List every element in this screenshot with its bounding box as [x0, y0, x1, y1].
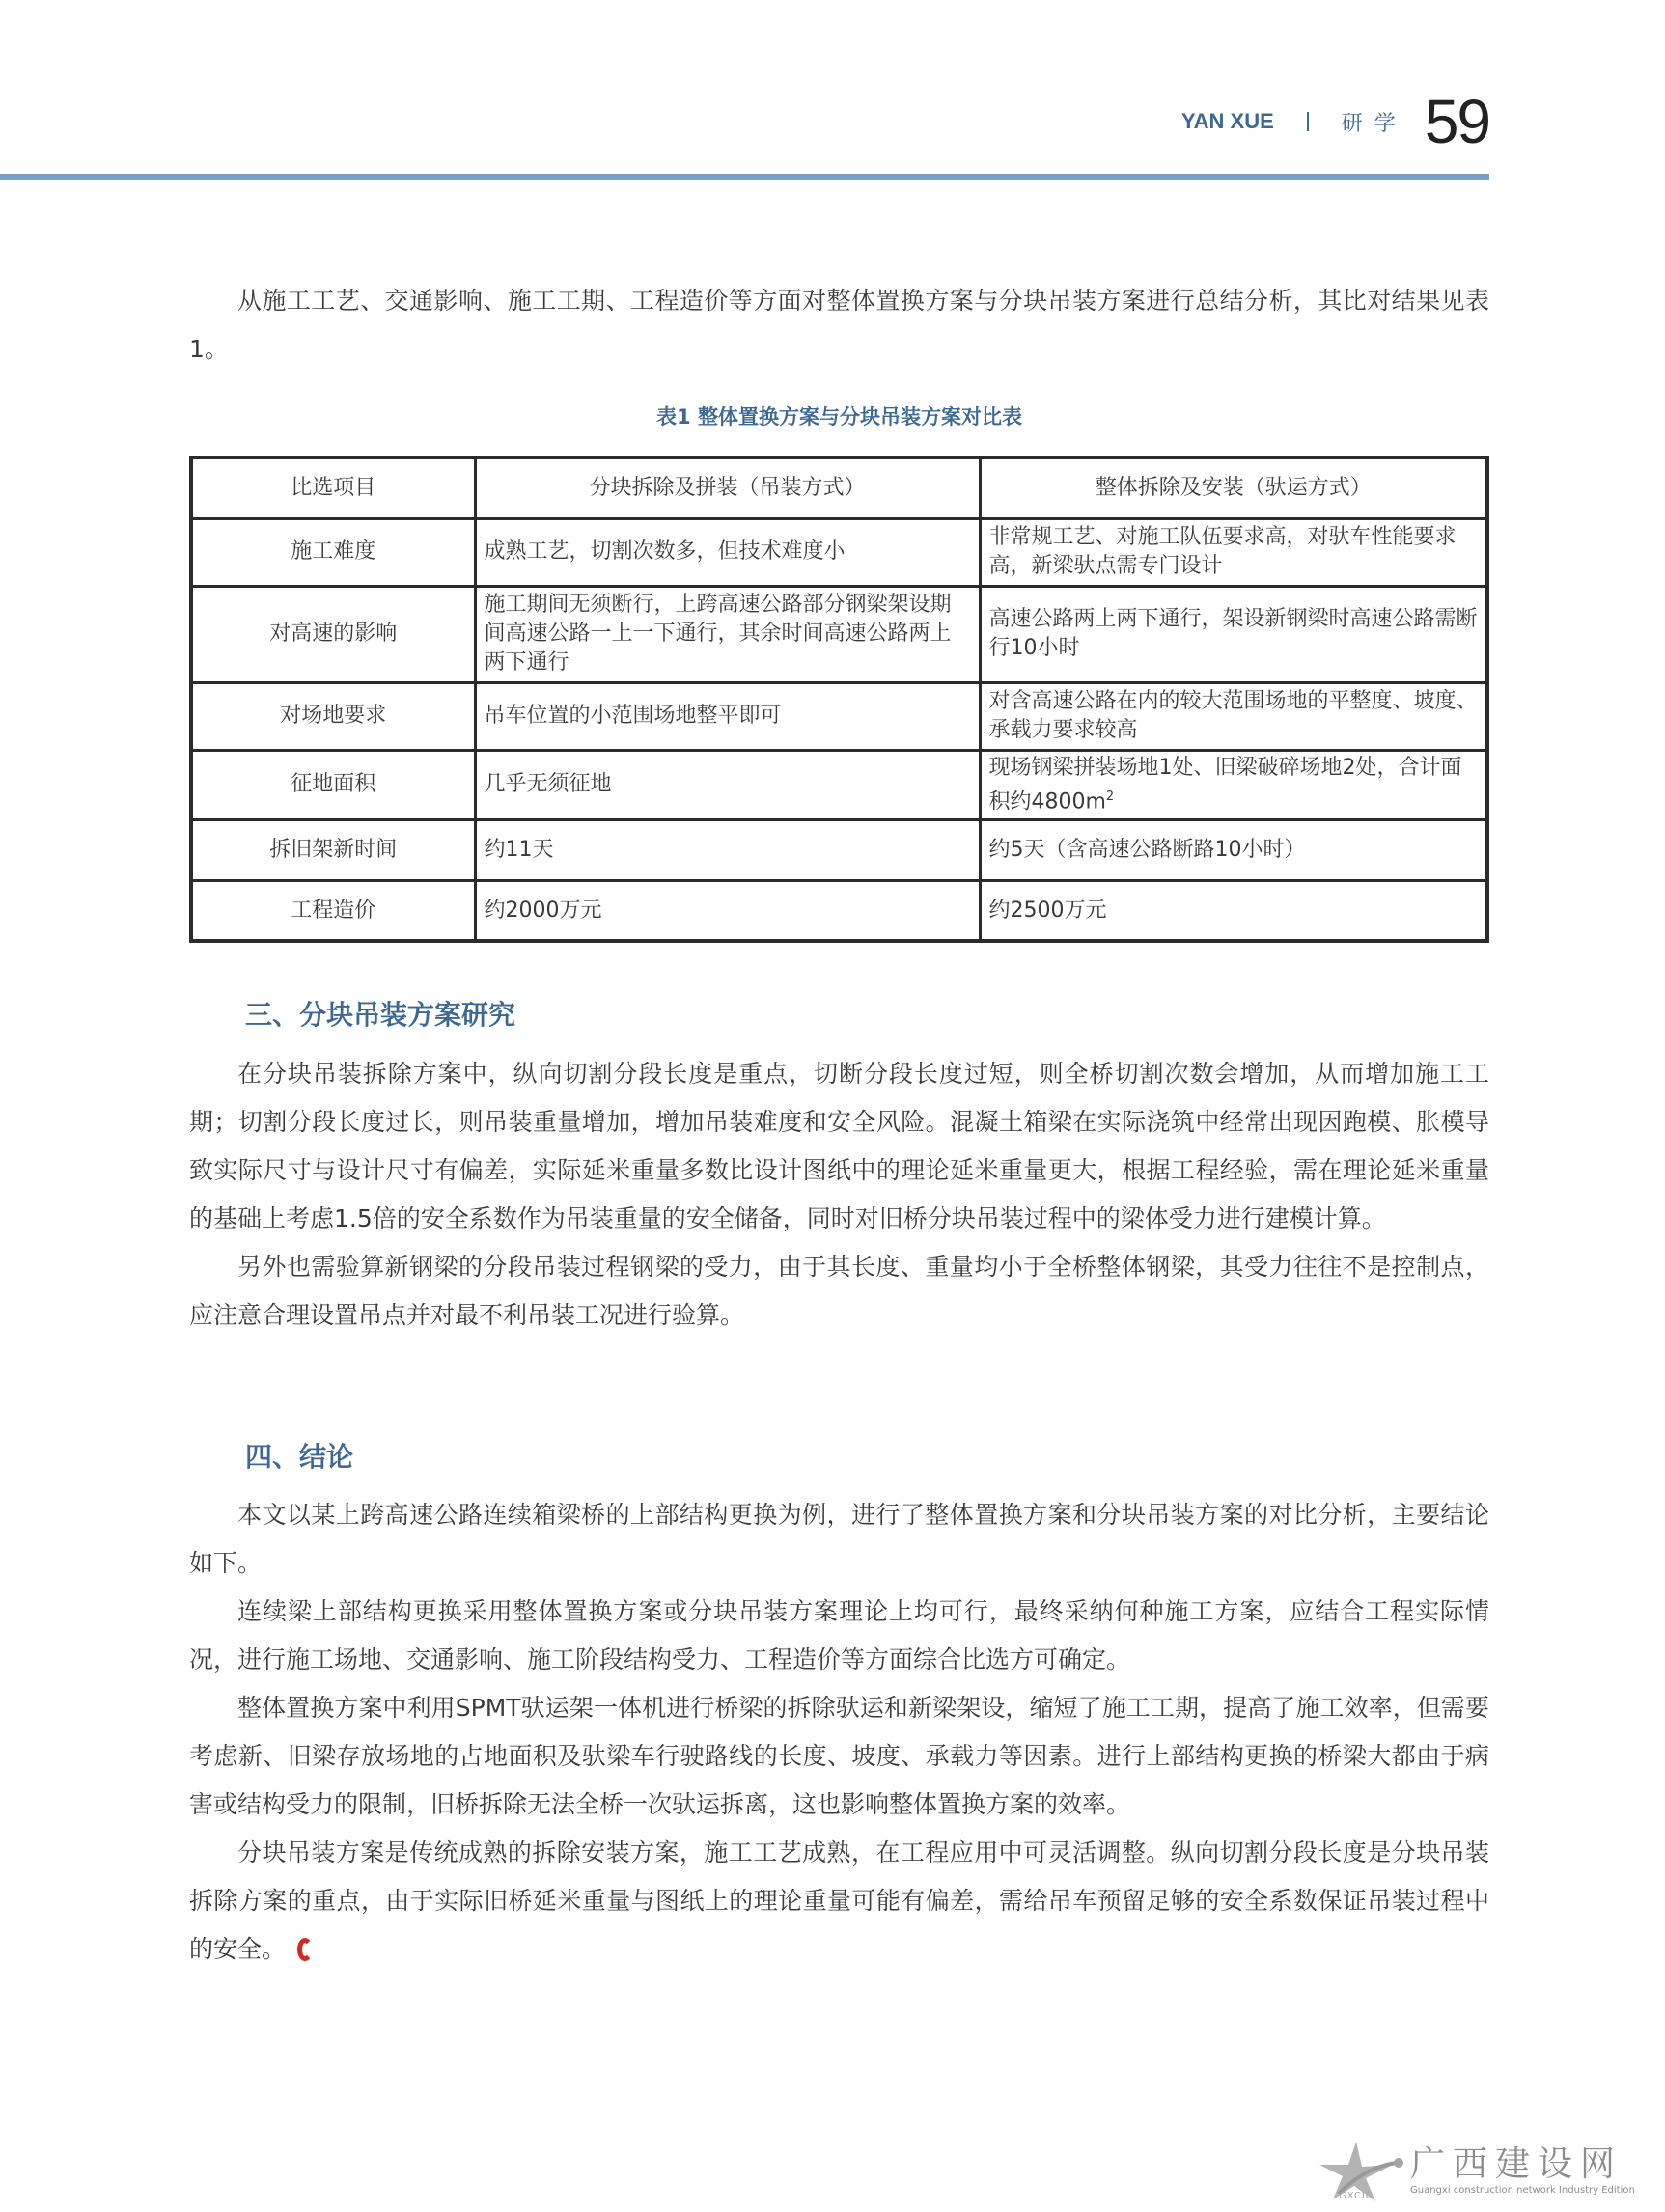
- row-lifting: 约2000万元: [475, 880, 980, 941]
- row-item: 工程造价: [191, 880, 475, 941]
- journal-brand: YAN XUE: [1181, 109, 1274, 134]
- table-row: 施工难度 成熟工艺，切割次数多，但技术难度小 非常规工艺、对施工队伍要求高，对驮…: [191, 518, 1487, 586]
- section-3-body: 在分块吊装拆除方案中，纵向切割分段长度是重点，切断分段长度过短，则全桥切割次数会…: [189, 1050, 1489, 1340]
- row-transport: 对含高速公路在内的较大范围场地的平整度、坡度、承载力要求较高: [980, 682, 1487, 750]
- page-number: 59: [1425, 91, 1489, 152]
- row-lifting: 吊车位置的小范围场地整平即可: [475, 682, 980, 750]
- header-lifting: 分块拆除及拼装（吊装方式）: [475, 457, 980, 518]
- running-header: YAN XUE 研学 59: [1181, 93, 1489, 151]
- row-item: 对高速的影响: [191, 586, 475, 682]
- intro: 从施工工艺、交通影响、施工工期、工程造价等方面对整体置换方案与分块吊装方案进行总…: [189, 277, 1489, 373]
- article-end-icon: [297, 1938, 313, 1961]
- row-lifting: 成熟工艺，切割次数多，但技术难度小: [475, 518, 980, 586]
- row-item: 拆旧架新时间: [191, 819, 475, 880]
- paragraph: 连续梁上部结构更换采用整体置换方案或分块吊装方案理论上均可行，最终采纳何种施工方…: [189, 1588, 1489, 1684]
- paragraph: 分块吊装方案是传统成熟的拆除安装方案，施工工艺成熟，在工程应用中可灵活调整。纵向…: [189, 1829, 1489, 1974]
- table-title: 表1 整体置换方案与分块吊装方案对比表: [189, 401, 1489, 430]
- table-row: 征地面积 几乎无须征地 现场钢梁拼装场地1处、旧梁破碎场地2处，合计面积约480…: [191, 750, 1487, 819]
- table-row: 对场地要求 吊车位置的小范围场地整平即可 对含高速公路在内的较大范围场地的平整度…: [191, 682, 1487, 750]
- header-rule: [0, 174, 1489, 180]
- paragraph: 另外也需验算新钢梁的分段吊装过程钢梁的受力，由于其长度、重量均小于全桥整体钢梁，…: [189, 1243, 1489, 1340]
- row-lifting: 约11天: [475, 819, 980, 880]
- row-item: 对场地要求: [191, 682, 475, 750]
- watermark-name-en: Guangxi construction network Industry Ed…: [1410, 2184, 1635, 2198]
- row-transport: 高速公路两上两下通行，架设新钢梁时高速公路需断行10小时: [980, 586, 1487, 682]
- header-transport: 整体拆除及安装（驮运方式）: [980, 457, 1487, 518]
- paragraph: 本文以某上跨高速公路连续箱梁桥的上部结构更换为例，进行了整体置换方案和分块吊装方…: [189, 1491, 1489, 1588]
- section-4-body: 本文以某上跨高速公路连续箱梁桥的上部结构更换为例，进行了整体置换方案和分块吊装方…: [189, 1491, 1489, 1974]
- table-row: 拆旧架新时间 约11天 约5天（含高速公路断路10小时）: [191, 819, 1487, 880]
- section-label: 研学: [1342, 107, 1407, 137]
- row-item: 施工难度: [191, 518, 475, 586]
- row-transport: 现场钢梁拼装场地1处、旧梁破碎场地2处，合计面积约4800m2: [980, 750, 1487, 819]
- row-transport: 约5天（含高速公路断路10小时）: [980, 819, 1487, 880]
- table-header-row: 比选项目 分块拆除及拼装（吊装方式） 整体拆除及安装（驮运方式）: [191, 457, 1487, 518]
- intro-paragraph: 从施工工艺、交通影响、施工工期、工程造价等方面对整体置换方案与分块吊装方案进行总…: [189, 277, 1489, 373]
- row-transport: 非常规工艺、对施工队伍要求高，对驮车性能要求高，新梁驮点需专门设计: [980, 518, 1487, 586]
- row-transport: 约2500万元: [980, 880, 1487, 941]
- area-text: 现场钢梁拼装场地1处、旧梁破碎场地2处，合计面积约4800m: [989, 756, 1462, 814]
- section-3-heading: 三、分块吊装方案研究: [245, 994, 515, 1033]
- section-4-heading: 四、结论: [245, 1436, 353, 1475]
- table-row: 工程造价 约2000万元 约2500万元: [191, 880, 1487, 941]
- row-item: 征地面积: [191, 750, 475, 819]
- row-lifting: 施工期间无须断行，上跨高速公路部分钢梁架设期间高速公路一上一下通行，其余时间高速…: [475, 586, 980, 682]
- paragraph: 整体置换方案中利用SPMT驮运架一体机进行桥梁的拆除驮运和新梁架设，缩短了施工工…: [189, 1684, 1489, 1829]
- comparison-table: 比选项目 分块拆除及拼装（吊装方式） 整体拆除及安装（驮运方式） 施工难度 成熟…: [189, 456, 1489, 943]
- row-lifting: 几乎无须征地: [475, 750, 980, 819]
- header-item: 比选项目: [191, 457, 475, 518]
- table-row: 对高速的影响 施工期间无须断行，上跨高速公路部分钢梁架设期间高速公路一上一下通行…: [191, 586, 1487, 682]
- header-divider: [1307, 112, 1309, 131]
- star-logo-icon: GXCIC: [1318, 2138, 1404, 2205]
- final-paragraph-text: 分块吊装方案是传统成熟的拆除安装方案，施工工艺成熟，在工程应用中可灵活调整。纵向…: [189, 1839, 1489, 1963]
- watermark: GXCIC 广西建设网 Guangxi construction network…: [1318, 2138, 1665, 2205]
- watermark-abbr: GXCIC: [1339, 2191, 1374, 2201]
- paragraph: 在分块吊装拆除方案中，纵向切割分段长度是重点，切断分段长度过短，则全桥切割次数会…: [189, 1050, 1489, 1243]
- area-superscript: 2: [1106, 789, 1114, 804]
- watermark-name-cn: 广西建设网: [1410, 2145, 1635, 2184]
